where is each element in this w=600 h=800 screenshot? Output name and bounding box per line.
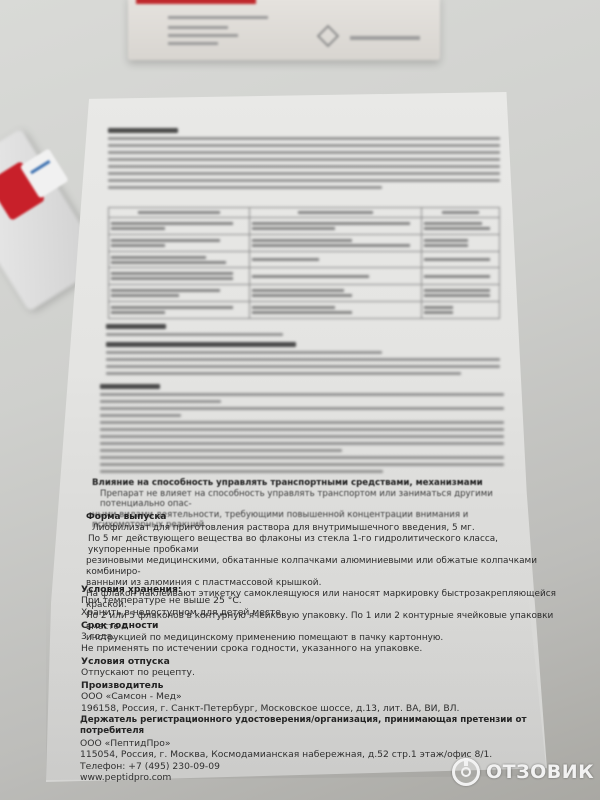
blurred-section-special-instructions [100,378,504,477]
box-text-line [168,16,268,19]
section-line: 196158, Россия, г. Санкт-Петербург, Моск… [81,703,521,714]
otzovik-power-ring-icon [452,758,480,786]
section-line: 3 года. [81,631,501,642]
blurred-adverse-effects-table [108,207,500,319]
section-heading: Срок годности [81,620,501,631]
section-line: Хранить в недоступном для детей месте. [81,607,481,618]
section-heading: Форма выпуска [86,512,556,523]
section-line: резиновыми медицинскими, обкатанные колп… [86,556,556,578]
section-line: ООО «ПептидПро» [80,738,550,749]
section-manufacturer: Производитель ООО «Самсон - Мед» 196158,… [81,680,521,714]
section-line: По 5 мг действующего вещества во флаконы… [86,534,556,556]
section-heading: Держатель регистрационного удостоверения… [80,715,550,738]
section-heading: Влияние на способность управлять транспо… [92,478,542,489]
box-logo-icon [317,25,340,48]
section-heading: Условия отпуска [81,656,481,667]
section-storage: Условия хранения: При температуре не выш… [81,584,481,618]
medication-box [128,0,440,60]
section-line: Не применять по истечении срока годности… [81,643,501,654]
blurred-section-pharmacodynamics [108,122,500,193]
otzovik-watermark: ОТЗОВИК [452,757,594,787]
section-line: ООО «Самсон - Мед» [81,691,521,702]
section-line: При температуре не выше 25 °С. [81,595,481,606]
blurred-section-interactions [106,318,500,379]
section-heading: Производитель [81,680,521,691]
section-dispensing: Условия отпуска Отпускают по рецепту. [81,656,481,679]
box-red-label [136,0,256,4]
section-line: Отпускают по рецепту. [81,667,481,678]
box-text-line [168,34,238,37]
section-shelf-life: Срок годности 3 года. Не применять по ис… [81,620,501,654]
section-heading: Условия хранения: [81,584,481,595]
section-line: Препарат не влияет на способность управл… [92,489,542,510]
box-text-line [168,26,228,29]
box-text-line [168,42,218,45]
section-line: Лиофилизат для приготовления раствора дл… [86,523,556,534]
box-logo-text [350,36,420,40]
watermark-text: ОТЗОВИК [486,761,594,783]
